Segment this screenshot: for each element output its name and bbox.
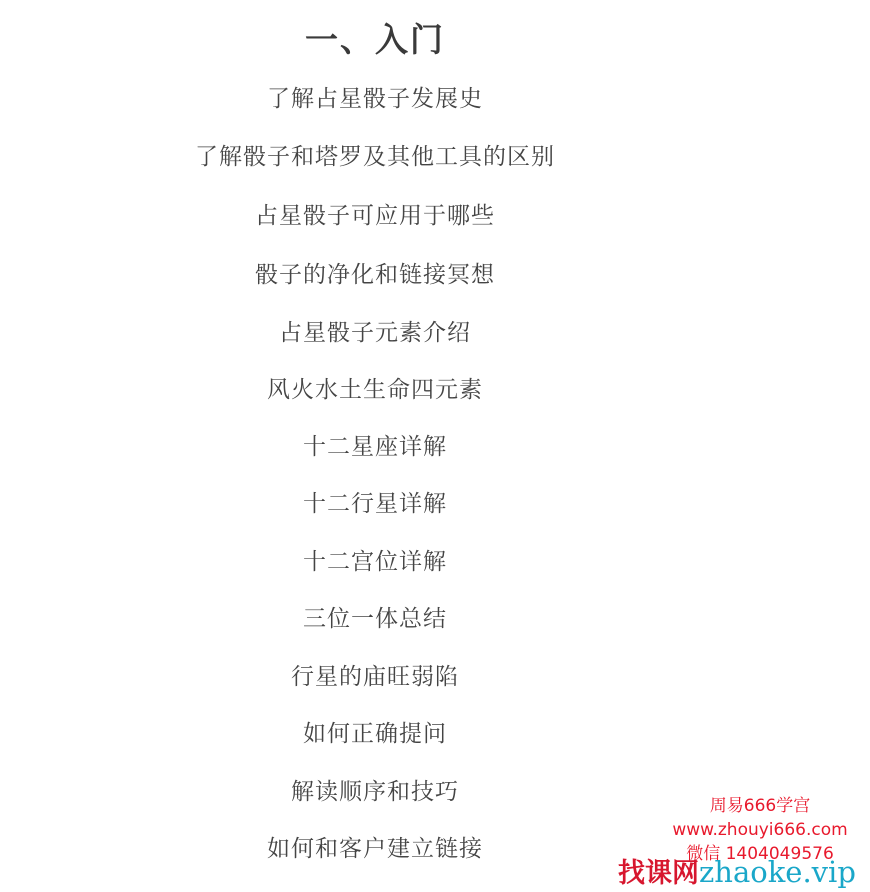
brand-watermark-cn: 找课网 bbox=[618, 858, 699, 889]
list-item: 了解占星骰子发展史 bbox=[0, 84, 750, 114]
list-item: 占星骰子元素介绍 bbox=[0, 318, 750, 348]
watermark-url: www.zhouyi666.com bbox=[660, 818, 860, 842]
list-item: 占星骰子可应用于哪些 bbox=[0, 201, 750, 231]
section-heading: 一、入门 bbox=[0, 14, 750, 61]
list-item: 十二宫位详解 bbox=[0, 547, 750, 577]
list-item: 如何正确提问 bbox=[0, 719, 750, 749]
list-item: 十二行星详解 bbox=[0, 489, 750, 519]
brand-watermark: 找课网zhaoke.vip bbox=[618, 856, 856, 890]
list-item: 了解骰子和塔罗及其他工具的区别 bbox=[0, 142, 750, 172]
list-item: 三位一体总结 bbox=[0, 604, 750, 634]
brand-watermark-en: zhaoke.vip bbox=[699, 855, 856, 889]
list-item: 十二星座详解 bbox=[0, 432, 750, 462]
watermark-name: 周易666学宫 bbox=[660, 794, 860, 818]
list-item: 解读顺序和技巧 bbox=[0, 777, 750, 807]
list-item: 骰子的净化和链接冥想 bbox=[0, 260, 750, 290]
list-item: 风火水土生命四元素 bbox=[0, 375, 750, 405]
list-item: 行星的庙旺弱陷 bbox=[0, 662, 750, 692]
